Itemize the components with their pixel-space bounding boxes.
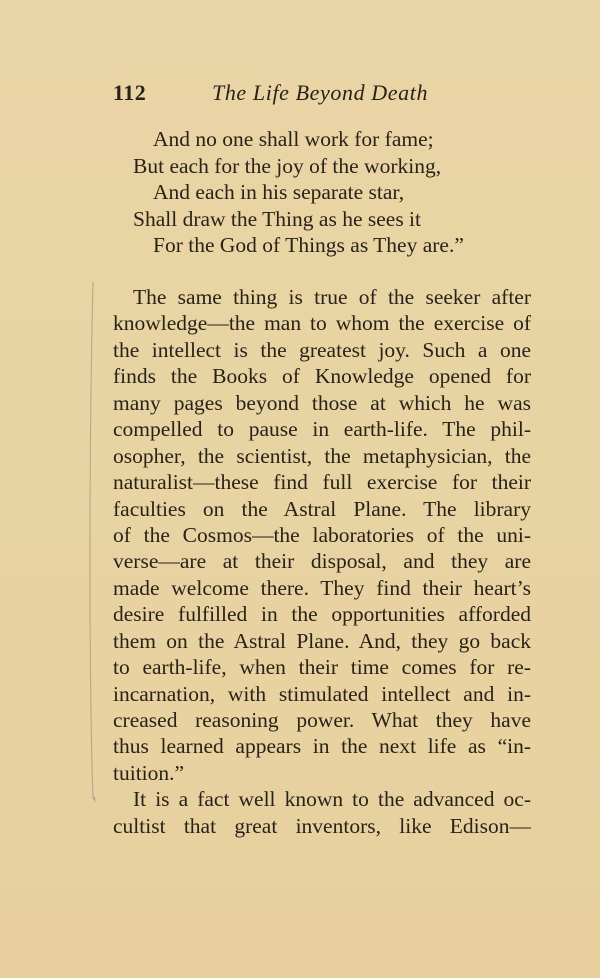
paragraph-line: to earth-life, when their time comes for… bbox=[113, 654, 531, 680]
paragraph-line: knowledge—the man to whom the exercise o… bbox=[113, 310, 531, 336]
paragraph-line: cultist that great inventors, like Ediso… bbox=[113, 813, 531, 839]
book-page: 112 The Life Beyond Death And no one sha… bbox=[0, 0, 600, 978]
poem-excerpt: And no one shall work for fame; But each… bbox=[133, 126, 533, 259]
paragraph-line: naturalist—these find full exercise for … bbox=[113, 469, 531, 495]
paragraph-line: incarnation, with stimulated intellect a… bbox=[113, 681, 531, 707]
paragraph-line: desire fulfilled in the opportunities af… bbox=[113, 601, 531, 627]
paragraph-line: faculties on the Astral Plane. The libra… bbox=[113, 496, 531, 522]
pencil-margin-mark bbox=[88, 282, 96, 802]
paragraph-line: verse—are at their disposal, and they ar… bbox=[113, 548, 531, 574]
paragraph-line: the intellect is the greatest joy. Such … bbox=[113, 337, 531, 363]
paragraph-line: creased reasoning power. What they have bbox=[113, 707, 531, 733]
book-title: The Life Beyond Death bbox=[212, 78, 428, 108]
verse-line: For the God of Things as They are.” bbox=[133, 232, 533, 259]
verse-line: But each for the joy of the working, bbox=[133, 153, 533, 180]
paragraph-line: osopher, the scientist, the metaphysicia… bbox=[113, 443, 531, 469]
verse-line: And each in his separate star, bbox=[133, 179, 533, 206]
paragraph-line: finds the Books of Knowledge opened for bbox=[113, 363, 531, 389]
paragraph-line: tuition.” bbox=[113, 760, 531, 786]
paragraph-line: It is a fact well known to the advanced … bbox=[113, 786, 531, 812]
paragraph-line: many pages beyond those at which he was bbox=[113, 390, 531, 416]
paragraph-line: of the Cosmos—the laboratories of the un… bbox=[113, 522, 531, 548]
verse-line: And no one shall work for fame; bbox=[133, 126, 533, 153]
paragraph-line: The same thing is true of the seeker aft… bbox=[113, 284, 531, 310]
paragraph-line: compelled to pause in earth-life. The ph… bbox=[113, 416, 531, 442]
paragraph-line: made welcome there. They find their hear… bbox=[113, 575, 531, 601]
verse-line: Shall draw the Thing as he sees it bbox=[133, 206, 533, 233]
page-number: 112 bbox=[113, 78, 146, 108]
paragraph-line: them on the Astral Plane. And, they go b… bbox=[113, 628, 531, 654]
paragraph-line: thus learned appears in the next life as… bbox=[113, 733, 531, 759]
running-head: 112 The Life Beyond Death bbox=[112, 78, 532, 108]
body-text: The same thing is true of the seeker aft… bbox=[113, 284, 531, 839]
